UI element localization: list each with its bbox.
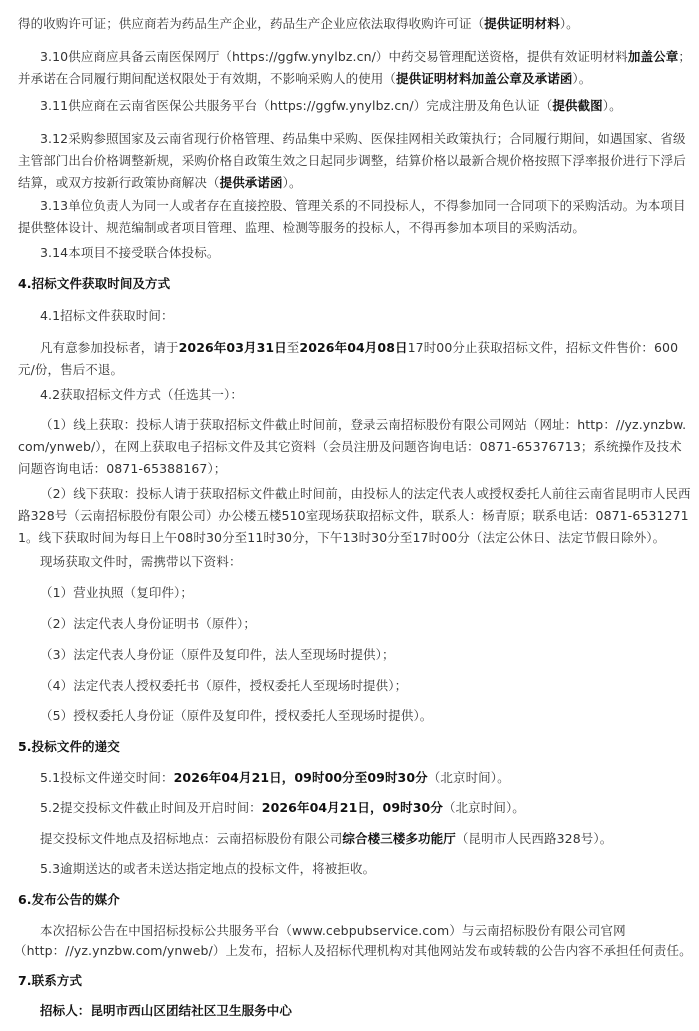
- section-6-heading: 6.发布公告的媒介: [18, 889, 693, 911]
- tenderer-contact: 招标人：昆明市西山区团结社区卫生服务中心: [18, 1000, 693, 1022]
- clause-emphasis: 加盖公章: [628, 49, 678, 64]
- clause-3-13: 3.13单位负责人为同一人或者存在直接控股、管理关系的不同投标人，不得参加同一合…: [18, 195, 693, 239]
- clause-4-2-label: 4.2获取招标文件方式（任选其一）：: [18, 384, 693, 406]
- clause-text: （昆明市人民西路328号）。: [456, 831, 613, 846]
- clause-5-3: 5.3逾期送达的或者未送达指定地点的投标文件，将被拒收。: [18, 858, 693, 880]
- clause-text: ）。: [572, 71, 591, 86]
- offline-acquisition: （2）线下获取：投标人请于获取招标文件截止时间前，由投标人的法定代表人或授权委托…: [18, 483, 693, 549]
- media-line-1: 本次招标公告在中国招标投标公共服务平台（www.cebpubservice.co…: [18, 920, 693, 942]
- clause-text: 3.10供应商应具备云南医保网厅（https://ggfw.ynylbz.cn/…: [40, 49, 628, 64]
- clause-text: 得的收购许可证；供应商若为药品生产企业，药品生产企业应依法取得收购许可证（: [18, 16, 484, 31]
- material-item: （3）法定代表人身份证（原件及复印件，法人至现场时提供）；: [40, 644, 693, 666]
- material-item: （1）营业执照（复印件）；: [40, 582, 693, 604]
- clause-text: 5.1投标文件递交时间：: [40, 770, 174, 785]
- clause-5-1: 5.1投标文件递交时间：2026年04月21日，09时00分至09时30分（北京…: [18, 767, 693, 789]
- end-date: 2026年04月08日: [299, 340, 407, 355]
- clause-emphasis: 提供证明材料: [484, 16, 560, 31]
- clause-4-1-body: 凡有意参加投标者，请于2026年03月31日至2026年04月08日17时00分…: [18, 337, 693, 381]
- online-acquisition: （1）线上获取：投标人请于获取招标文件截止时间前，登录云南招标股份有限公司网站（…: [18, 414, 693, 480]
- section-7-heading: 7.联系方式: [18, 970, 693, 992]
- deadline-time: 2026年04月21日，09时30分: [262, 800, 443, 815]
- clause-text: （北京时间）。: [443, 800, 525, 815]
- material-item: （4）法定代表人授权委托书（原件，授权委托人至现场时提供）；: [40, 675, 693, 697]
- clause-text: 5.2提交投标文件截止时间及开启时间：: [40, 800, 262, 815]
- submission-location: 提交投标文件地点及招标地点：云南招标股份有限公司综合楼三楼多功能厅（昆明市人民西…: [18, 828, 693, 850]
- clause-4-1-label: 4.1招标文件获取时间：: [18, 305, 693, 327]
- clause-3-11: 3.11供应商在云南省医保公共服务平台（https://ggfw.ynylbz.…: [18, 95, 693, 117]
- clause-text: ）。: [283, 175, 302, 190]
- clause-text: ）。: [603, 98, 622, 113]
- clause-emphasis: 提供证明材料加盖公章及承诺函: [396, 71, 572, 86]
- media-line-2: （http：//yz.ynzbw.com/ynweb/）上发布，招标人及招标代理…: [14, 940, 693, 962]
- clause-text: 3.11供应商在云南省医保公共服务平台（https://ggfw.ynylbz.…: [40, 98, 552, 113]
- clause-text: （北京时间）。: [428, 770, 510, 785]
- section-4-heading: 4.招标文件获取时间及方式: [18, 273, 693, 295]
- clause-text: 3.12采购参照国家及云南省现行价格管理、药品集中采购、医保挂网相关政策执行；合…: [18, 131, 686, 190]
- clause-emphasis: 提供截图: [552, 98, 602, 113]
- clause-3-9-tail: 得的收购许可证；供应商若为药品生产企业，药品生产企业应依法取得收购许可证（提供证…: [18, 13, 693, 35]
- clause-text: 提交投标文件地点及招标地点：云南招标股份有限公司: [40, 831, 342, 846]
- clause-3-12: 3.12采购参照国家及云南省现行价格管理、药品集中采购、医保挂网相关政策执行；合…: [18, 128, 693, 194]
- submission-time: 2026年04月21日，09时00分至09时30分: [174, 770, 428, 785]
- clause-text: ）。: [560, 16, 579, 31]
- clause-text: 凡有意参加投标者，请于: [40, 340, 179, 355]
- material-item: （2）法定代表人身份证明书（原件）；: [40, 613, 693, 635]
- section-5-heading: 5.投标文件的递交: [18, 736, 693, 758]
- start-date: 2026年03月31日: [179, 340, 287, 355]
- material-item: （5）授权委托人身份证（原件及复印件，授权委托人至现场时提供）。: [40, 705, 693, 727]
- clause-5-2: 5.2提交投标文件截止时间及开启时间：2026年04月21日，09时30分（北京…: [18, 797, 693, 819]
- clause-emphasis: 提供承诺函: [220, 175, 283, 190]
- clause-3-14: 3.14本项目不接受联合体投标。: [18, 242, 693, 264]
- venue-name: 综合楼三楼多功能厅: [342, 831, 455, 846]
- clause-3-10: 3.10供应商应具备云南医保网厅（https://ggfw.ynylbz.cn/…: [18, 46, 693, 90]
- onsite-materials-intro: 现场获取文件时，需携带以下资料：: [18, 551, 693, 573]
- clause-text: 至: [287, 340, 300, 355]
